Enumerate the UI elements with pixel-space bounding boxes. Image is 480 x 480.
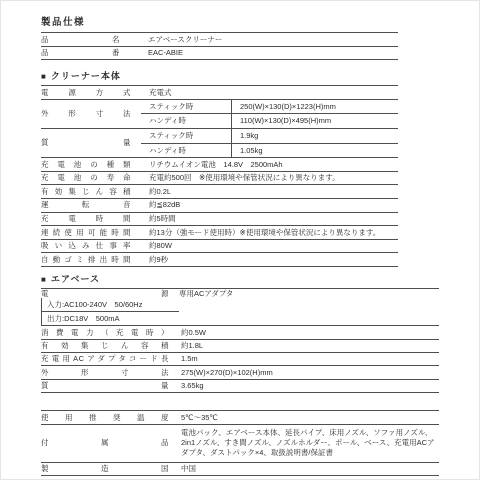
spec-label: 自動ゴミ排出時間 bbox=[41, 255, 141, 265]
weight-subrows: スティック時 1.9kg ハンディ時 1.05kg bbox=[141, 129, 398, 157]
spec-value: 1.5m bbox=[179, 354, 439, 364]
table-row: 使用推奨温度 5℃～35℃ bbox=[41, 411, 439, 425]
spec-value: 充電式 bbox=[141, 88, 398, 98]
sub-row: ハンディ時 110(W)×130(D)×495(H)mm bbox=[141, 114, 398, 128]
spec-value: 約13分（強モード使用時）※使用環境や保管状況により異なります。 bbox=[141, 228, 398, 238]
table-row: 質量 3.65kg bbox=[41, 380, 439, 393]
power-io-subrows: 入力:AC100-240V 50/60Hz 出力:DC18V 500mA bbox=[41, 298, 179, 325]
sub-row: スティック時 1.9kg bbox=[141, 129, 398, 144]
spec-label: 有効集じん容積 bbox=[41, 341, 179, 351]
table-row: 連続使用可能時間 約13分（強モード使用時）※使用環境や保管状況により異なります… bbox=[41, 226, 398, 240]
sub-row: 出力:DC18V 500mA bbox=[42, 312, 179, 325]
section-heading-cleaner: ■クリーナー本体 bbox=[41, 71, 479, 82]
spec-label: 品名 bbox=[41, 35, 136, 45]
spec-label: 質量 bbox=[41, 138, 141, 148]
spec-label: 電源 bbox=[41, 289, 179, 299]
spec-value: 1.05kg bbox=[231, 144, 398, 158]
spec-value: 約≦82dB bbox=[141, 200, 398, 210]
spec-value: 3.65kg bbox=[179, 381, 439, 391]
table-row: 充電用ACアダプタコード長 1.5m bbox=[41, 353, 439, 366]
table-row-weight: 質量 スティック時 1.9kg ハンディ時 1.05kg bbox=[41, 129, 398, 158]
spec-value: 275(W)×270(D)×102(H)mm bbox=[179, 368, 439, 378]
section-bullet: ■ bbox=[41, 275, 47, 284]
table-row: 吸い込み仕事率 約80W bbox=[41, 240, 398, 254]
sub-row: 入力:AC100-240V 50/60Hz bbox=[42, 298, 179, 311]
sub-row: ハンディ時 1.05kg bbox=[141, 144, 398, 158]
mode-label: スティック時 bbox=[141, 131, 231, 141]
spec-label: 吸い込み仕事率 bbox=[41, 241, 141, 251]
table-row: 有効集じん容積 約0.2L bbox=[41, 185, 398, 199]
spec-value: 約5時間 bbox=[141, 214, 398, 224]
table-row: 充電時間 約5時間 bbox=[41, 213, 398, 227]
spec-value: 約9秒 bbox=[141, 255, 398, 265]
table-row: 有効集じん容積 約1.8L bbox=[41, 340, 439, 353]
section-heading-airbase: ■エアベース bbox=[41, 274, 479, 285]
misc-table: 使用推奨温度 5℃～35℃ 付属品 電池パック、エアベース本体、延長パイプ、床用… bbox=[41, 410, 439, 476]
spec-value: 110(W)×130(D)×495(H)mm bbox=[231, 114, 398, 128]
spec-label: 有効集じん容積 bbox=[41, 187, 141, 197]
table-row-accessories: 付属品 電池パック、エアベース本体、延長パイプ、床用ノズル、ソファ用ノズル、2i… bbox=[41, 425, 439, 463]
table-row: 外形寸法 275(W)×270(D)×102(H)mm bbox=[41, 366, 439, 379]
spec-value: リチウムイオン電池 14.8V 2500mAh bbox=[141, 160, 398, 170]
spec-label: 品番 bbox=[41, 48, 136, 58]
spec-label: 外形寸法 bbox=[41, 368, 179, 378]
spec-value: 1.9kg bbox=[231, 129, 398, 143]
table-row: 消費電力（充電時） 約0.5W bbox=[41, 326, 439, 339]
spec-label: 充電時間 bbox=[41, 214, 141, 224]
section-heading-label: クリーナー本体 bbox=[51, 71, 121, 81]
table-row: 自動ゴミ排出時間 約9秒 bbox=[41, 253, 398, 267]
table-row-power: 電源 専用ACアダプタ 入力:AC100-240V 50/60Hz 出力:DC1… bbox=[41, 289, 439, 326]
table-row: 品名 エアベースクリーナー bbox=[41, 33, 398, 47]
cleaner-table: 電源方式 充電式 外形寸法 スティック時 250(W)×130(D)×1223(… bbox=[41, 85, 398, 267]
spec-value: 中国 bbox=[179, 464, 439, 474]
spec-label: 充電池の種類 bbox=[41, 160, 141, 170]
spec-value: EAC-ABIE bbox=[136, 48, 398, 58]
spec-value: 約0.2L bbox=[141, 187, 398, 197]
spec-label: 付属品 bbox=[41, 438, 179, 448]
spec-value: 約0.5W bbox=[179, 328, 439, 338]
spec-label: 連続使用可能時間 bbox=[41, 228, 141, 238]
mode-label: スティック時 bbox=[141, 102, 231, 112]
dimension-subrows: スティック時 250(W)×130(D)×1223(H)mm ハンディ時 110… bbox=[141, 100, 398, 128]
spec-value: 充電約500回 ※使用環境や保管状況により異なります。 bbox=[141, 173, 398, 183]
mode-label: ハンディ時 bbox=[141, 116, 231, 126]
sub-row: スティック時 250(W)×130(D)×1223(H)mm bbox=[141, 100, 398, 115]
table-row-dimensions: 外形寸法 スティック時 250(W)×130(D)×1223(H)mm ハンディ… bbox=[41, 100, 398, 129]
spec-label: 使用推奨温度 bbox=[41, 413, 179, 423]
product-table: 品名 エアベースクリーナー 品番 EAC-ABIE bbox=[41, 32, 398, 60]
page-title: 製品仕様 bbox=[41, 17, 479, 28]
airbase-table: 電源 専用ACアダプタ 入力:AC100-240V 50/60Hz 出力:DC1… bbox=[41, 288, 439, 393]
spec-label: 充電用ACアダプタコード長 bbox=[41, 354, 179, 364]
table-row: 電源方式 充電式 bbox=[41, 86, 398, 100]
table-row: 品番 EAC-ABIE bbox=[41, 47, 398, 61]
spec-label: 外形寸法 bbox=[41, 109, 141, 119]
section-bullet: ■ bbox=[41, 72, 47, 81]
mode-label: ハンディ時 bbox=[141, 146, 231, 156]
spec-value: 約80W bbox=[141, 241, 398, 251]
spec-value: エアベースクリーナー bbox=[136, 35, 398, 45]
document-content: 製品仕様 品名 エアベースクリーナー 品番 EAC-ABIE ■クリーナー本体 … bbox=[1, 1, 479, 476]
table-row: 充電池の寿命 充電約500回 ※使用環境や保管状況により異なります。 bbox=[41, 172, 398, 186]
spec-document-page: 製品仕様 品名 エアベースクリーナー 品番 EAC-ABIE ■クリーナー本体 … bbox=[0, 0, 480, 480]
table-row: 充電池の種類 リチウムイオン電池 14.8V 2500mAh bbox=[41, 158, 398, 172]
spec-label: 充電池の寿命 bbox=[41, 173, 141, 183]
spec-value: 約1.8L bbox=[179, 341, 439, 351]
spec-label: 製造国 bbox=[41, 464, 179, 474]
spec-label: 電源方式 bbox=[41, 88, 141, 98]
spec-label: 質量 bbox=[41, 381, 179, 391]
table-row: 製造国 中国 bbox=[41, 463, 439, 477]
spec-label: 消費電力（充電時） bbox=[41, 328, 179, 338]
spec-value: 5℃～35℃ bbox=[179, 413, 439, 423]
spec-label: 運転音 bbox=[41, 200, 141, 210]
table-row: 運転音 約≦82dB bbox=[41, 199, 398, 213]
spec-value: 250(W)×130(D)×1223(H)mm bbox=[231, 100, 398, 114]
spec-value: 電池パック、エアベース本体、延長パイプ、床用ノズル、ソファ用ノズル、2in1ノズ… bbox=[179, 425, 439, 462]
section-heading-label: エアベース bbox=[51, 274, 100, 284]
spec-value: 専用ACアダプタ bbox=[179, 289, 439, 299]
